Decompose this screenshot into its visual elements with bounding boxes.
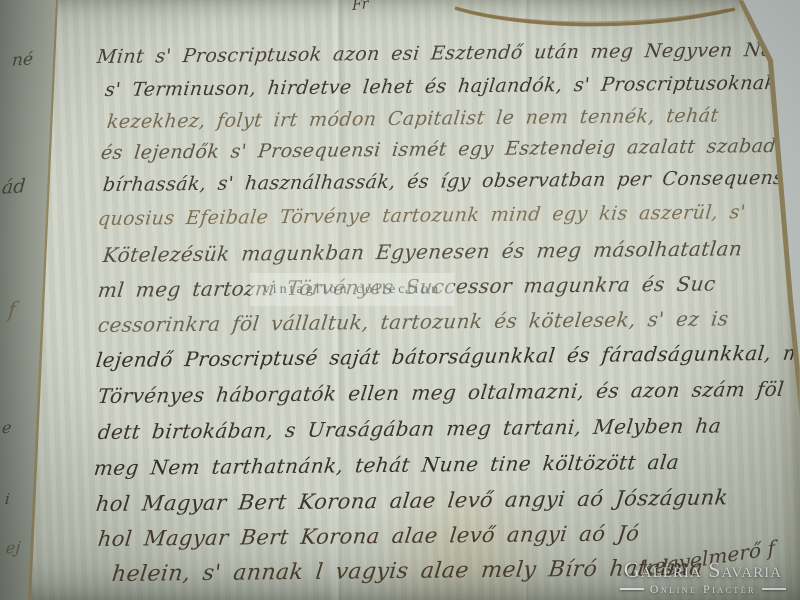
manuscript-line: hol Magyar Bert Korona alae levő angyi a…	[95, 485, 730, 516]
margin-letter: ej	[5, 538, 21, 558]
manuscript-line: cessorinkra föl vállaltuk, tartozunk és …	[97, 306, 730, 337]
manuscript-line: Kötelezésük magunkban Egyenesen és meg m…	[102, 236, 744, 267]
manuscript-line: hol Magyar Bert Korona alae levő angyi a…	[97, 521, 641, 551]
margin-letter: né	[11, 49, 34, 70]
manuscript-line: s' Terminuson, hirdetve lehet és hajland…	[104, 72, 778, 101]
manuscript-page: Fr Mint s' Proscriptusok azon esi Eszten…	[0, 0, 800, 600]
manuscript-line: Törvényes háborgatók ellen meg oltalmazn…	[97, 377, 786, 408]
dash-right	[762, 588, 786, 590]
margin-letter: i	[4, 490, 10, 508]
manuscript-line: bírhassák, s' használhassák, és így obse…	[102, 166, 800, 196]
manuscript-line: és lejendők s' Prosequensi ismét egy Esz…	[100, 135, 778, 164]
manuscript-line: quosius Efeibale Törvénye tartozunk mind…	[97, 201, 747, 230]
galeria-savaria-watermark: Galéria Savaria Online Piactér	[614, 559, 792, 595]
manuscript-line: dett birtokában, s Uraságában meg tartan…	[97, 413, 723, 444]
seller-watermark: vintaglion collection	[250, 273, 454, 306]
manuscript-photo: né ád f e i ej Fr Mint s' Proscriptusok …	[0, 0, 800, 600]
top-ink-mark: Fr	[352, 0, 368, 14]
brand-subtitle: Online Piactér	[614, 583, 792, 595]
manuscript-line: kezekhez, folyt irt módon Capitalist le …	[106, 105, 720, 133]
brand-subtitle-text: Online Piactér	[650, 583, 756, 595]
dash-left	[620, 588, 644, 590]
seller-watermark-text: vintaglion collection	[263, 282, 441, 298]
margin-letter: f	[7, 298, 17, 322]
brand-name: Galéria Savaria	[614, 559, 792, 581]
manuscript-line: lejendő Proscriptusé saját bátorságunkka…	[95, 340, 800, 372]
margin-letter: ád	[1, 175, 26, 199]
margin-letter: e	[1, 418, 12, 438]
manuscript-line: meg Nem tarthatnánk, tehát Nune tine köl…	[93, 450, 681, 480]
